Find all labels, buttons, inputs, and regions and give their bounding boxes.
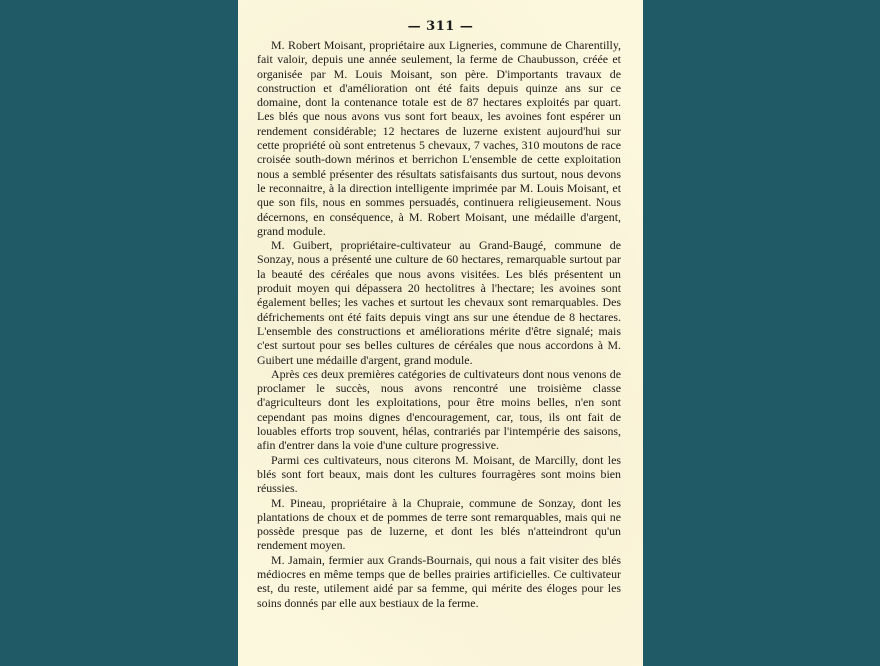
paragraph-jamain: M. Jamain, fermier aux Grands-Bournais, … <box>257 553 621 610</box>
paragraph-third-class: Après ces deux premières catégories de c… <box>257 367 621 453</box>
paragraph-guibert: M. Guibert, propriétaire-cultivateur au … <box>257 238 621 367</box>
paragraph-moisant-marcilly: Parmi ces cultivateurs, nous citerons M.… <box>257 453 621 496</box>
page-number: — 311 — <box>238 19 643 34</box>
body-text: M. Robert Moisant, propriétaire aux Lign… <box>257 38 621 610</box>
document-page: — 311 — M. Robert Moisant, propriétaire … <box>238 0 643 666</box>
paragraph-moisant-robert: M. Robert Moisant, propriétaire aux Lign… <box>257 38 621 238</box>
paragraph-pineau: M. Pineau, propriétaire à la Chupraie, c… <box>257 496 621 553</box>
